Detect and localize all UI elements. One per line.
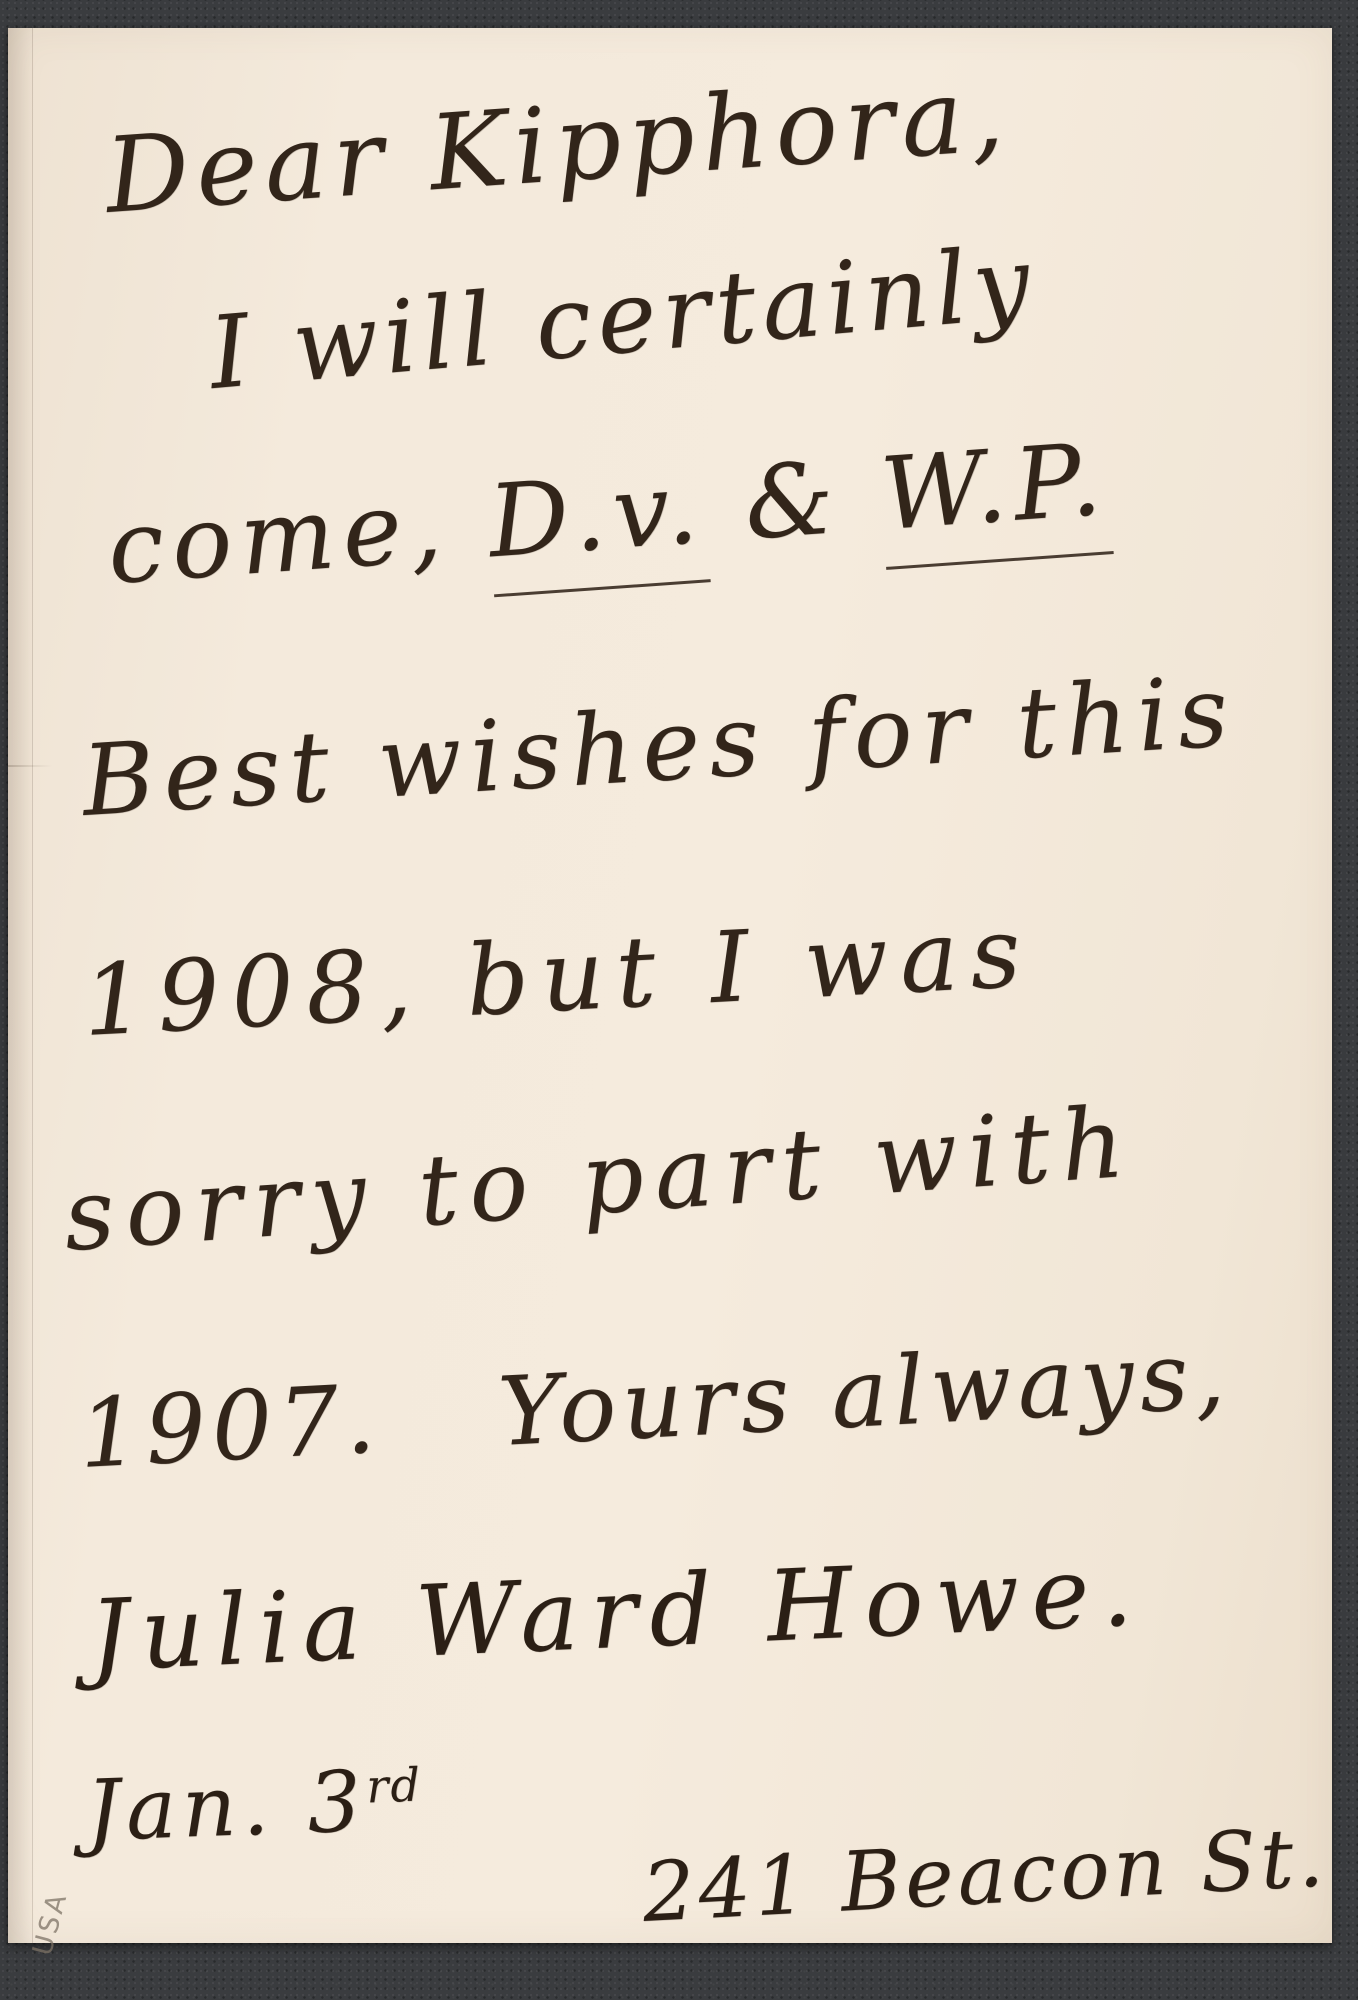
photo-background: Dear Kipphora, I will certainly come, D.… [0,0,1358,2000]
pencil-annotation: USA [27,1888,74,1959]
letter-paper: Dear Kipphora, I will certainly come, D.… [8,28,1332,1943]
body-line-best-wishes: Best wishes for this [79,655,1240,839]
paper-fold-shading [8,28,34,1943]
dv-abbreviation-underlined: D.v. [485,449,711,598]
salutation-line: Dear Kipphora, [101,52,1013,237]
date-line: Jan. 3rd [85,1750,425,1860]
wp-abbreviation-underlined: W.P. [877,420,1114,570]
body-line-come: come, D.v. & W.P. [104,420,1113,607]
body-line-certainly: I will certainly [205,223,1040,412]
signature: Julia Ward Howe. [87,1534,1146,1694]
body-line-sorry: sorry to part with [60,1085,1139,1274]
abbreviation-connector: & [701,436,885,565]
paper-fold-line [32,28,33,1943]
body-line-1907-closing: 1907.Yours always, [76,1320,1233,1490]
closing-phrase: Yours always, [496,1320,1234,1468]
date-text: Jan. 3 [85,1752,369,1860]
come-text: come, [104,464,493,607]
year-1907-text: 1907. [76,1364,383,1490]
paper-crease [8,765,52,767]
body-line-1908: 1908, but I was [80,895,1035,1059]
date-ordinal-suffix: rd [365,1758,423,1814]
address-line: 241 Beacon St. [640,1810,1330,1941]
